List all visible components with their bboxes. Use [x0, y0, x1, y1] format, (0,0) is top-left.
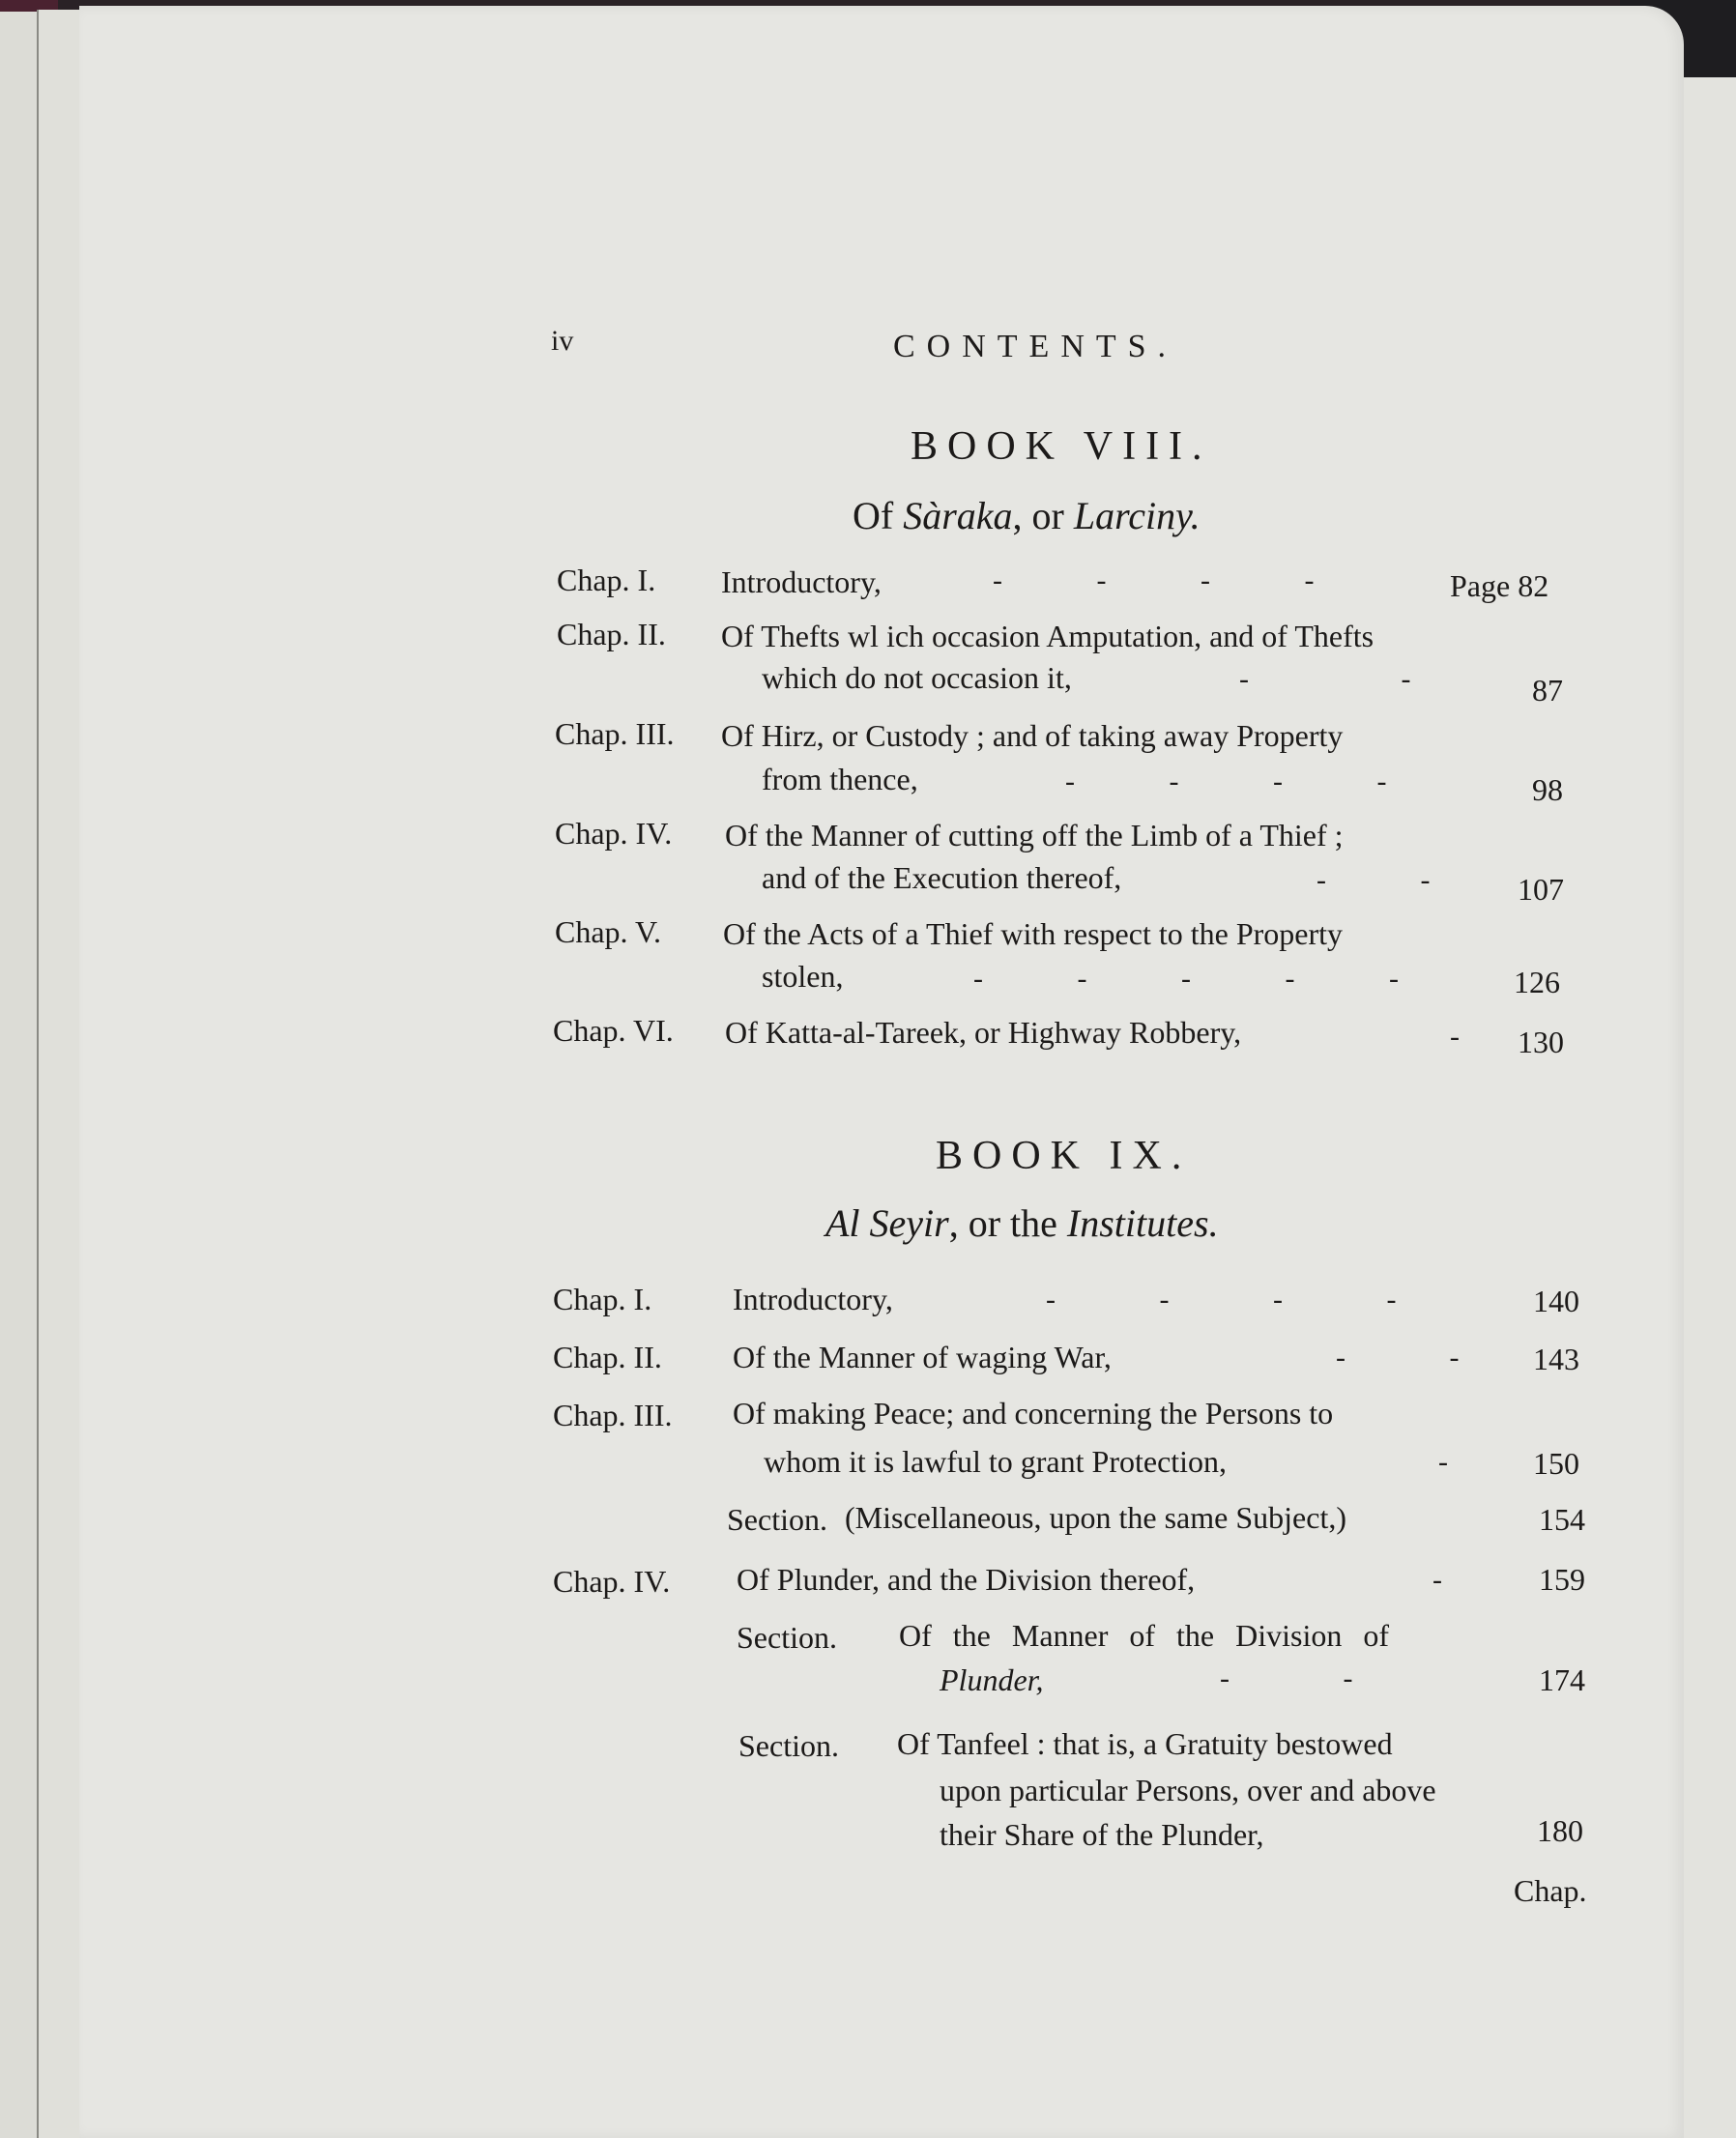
entry-title: Introductory, — [733, 1282, 893, 1317]
dot-leader: - - — [1336, 1342, 1459, 1374]
entry-title: Of the Manner of cutting off the Limb of… — [725, 818, 1344, 853]
page-number: 143 — [1533, 1342, 1579, 1377]
entry-label: Chap. III. — [553, 1398, 673, 1433]
page-number: 154 — [1539, 1502, 1585, 1538]
page-number: Page 82 — [1450, 568, 1548, 604]
dot-leader: - — [1450, 1021, 1460, 1054]
entry-title-cont: Plunder, — [940, 1662, 1044, 1698]
book-title: BOOK VIII. — [911, 423, 1212, 470]
entry-title: Of Tanfeel : that is, a Gratuity bestowe… — [897, 1726, 1393, 1762]
page-number: 174 — [1539, 1662, 1585, 1698]
entry-title: Of the Manner of waging War, — [733, 1340, 1112, 1375]
page-folio: iv — [551, 325, 573, 358]
dot-leader: - - - - — [1065, 766, 1386, 798]
entry-label: Chap. IV. — [555, 816, 672, 852]
catchword: Chap. — [1514, 1873, 1587, 1909]
dot-leader: - — [1438, 1446, 1448, 1479]
subtitle-text: Of — [853, 494, 903, 537]
entry-title-cont: upon particular Persons, over and above — [940, 1773, 1436, 1808]
entry-label: Chap. II. — [557, 617, 666, 652]
book-subtitle: Al Seyir, or the Institutes. — [825, 1200, 1219, 1246]
entry-label: Chap. V. — [555, 914, 661, 950]
subtitle-term: Al Seyir — [825, 1201, 949, 1245]
subtitle-text: , or — [1013, 494, 1074, 537]
contents-page: iv CONTENTS. BOOK VIII. Of Sàraka, or La… — [79, 6, 1684, 2138]
subtitle-gloss: Institutes. — [1067, 1201, 1219, 1245]
dot-leader: - - - - — [993, 564, 1314, 597]
dot-leader: - - — [1316, 864, 1430, 897]
page-number: 180 — [1537, 1813, 1583, 1849]
dot-leader: - — [1432, 1564, 1442, 1597]
entry-label: Section. — [727, 1502, 827, 1538]
entry-title-cont: which do not occasion it, — [762, 660, 1072, 696]
page-number: 140 — [1533, 1284, 1579, 1319]
entry-title: Of Plunder, and the Division thereof, — [737, 1562, 1195, 1598]
subtitle-term: Sàraka — [903, 494, 1012, 537]
dot-leader: - - - - — [1046, 1284, 1396, 1316]
entry-label: Section. — [738, 1728, 839, 1764]
entry-label: Section. — [737, 1620, 837, 1656]
page-number: 130 — [1518, 1025, 1564, 1060]
dot-leader: - - — [1239, 663, 1410, 696]
page-number: 87 — [1532, 673, 1563, 708]
entry-title: Of Thefts wl ich occasion Amputation, an… — [721, 619, 1374, 654]
book-subtitle: Of Sàraka, or Larciny. — [853, 493, 1201, 538]
entry-title-cont: their Share of the Plunder, — [940, 1817, 1264, 1853]
entry-title-cont: whom it is lawful to grant Protection, — [764, 1444, 1227, 1480]
dot-leader: - - — [1220, 1662, 1352, 1695]
entry-title: Of the Manner of the Division of — [899, 1618, 1389, 1654]
entry-label: Chap. VI. — [553, 1013, 674, 1049]
page-stack-left-inner — [37, 10, 81, 2138]
entry-title: Introductory, — [721, 564, 882, 600]
running-head: CONTENTS. — [893, 329, 1177, 365]
entry-label: Chap. IV. — [553, 1564, 670, 1600]
entry-title: Of making Peace; and concerning the Pers… — [733, 1396, 1333, 1431]
book-title: BOOK IX. — [936, 1133, 1191, 1179]
page-number: 159 — [1539, 1562, 1585, 1598]
entry-title-cont: stolen, — [762, 959, 843, 995]
entry-label: Chap. I. — [553, 1282, 651, 1317]
dot-leader: - - - - - — [973, 963, 1399, 996]
subtitle-text: , or the — [949, 1201, 1067, 1245]
entry-title-cont: and of the Execution thereof, — [762, 860, 1121, 896]
page-number: 126 — [1514, 965, 1560, 1000]
page-number: 98 — [1532, 772, 1563, 808]
page-number: 107 — [1518, 872, 1564, 908]
entry-title: Of the Acts of a Thief with respect to t… — [723, 916, 1343, 952]
entry-title: Of Katta-al-Tareek, or Highway Robbery, — [725, 1015, 1241, 1051]
page-number: 150 — [1533, 1446, 1579, 1482]
entry-title: (Miscellaneous, upon the same Subject,) — [845, 1500, 1346, 1536]
subtitle-gloss: Larciny. — [1074, 494, 1201, 537]
entry-title-cont: from thence, — [762, 762, 918, 797]
entry-label: Chap. II. — [553, 1340, 662, 1375]
entry-label: Chap. I. — [557, 563, 655, 598]
entry-title: Of Hirz, or Custody ; and of taking away… — [721, 718, 1343, 754]
entry-label: Chap. III. — [555, 716, 675, 752]
